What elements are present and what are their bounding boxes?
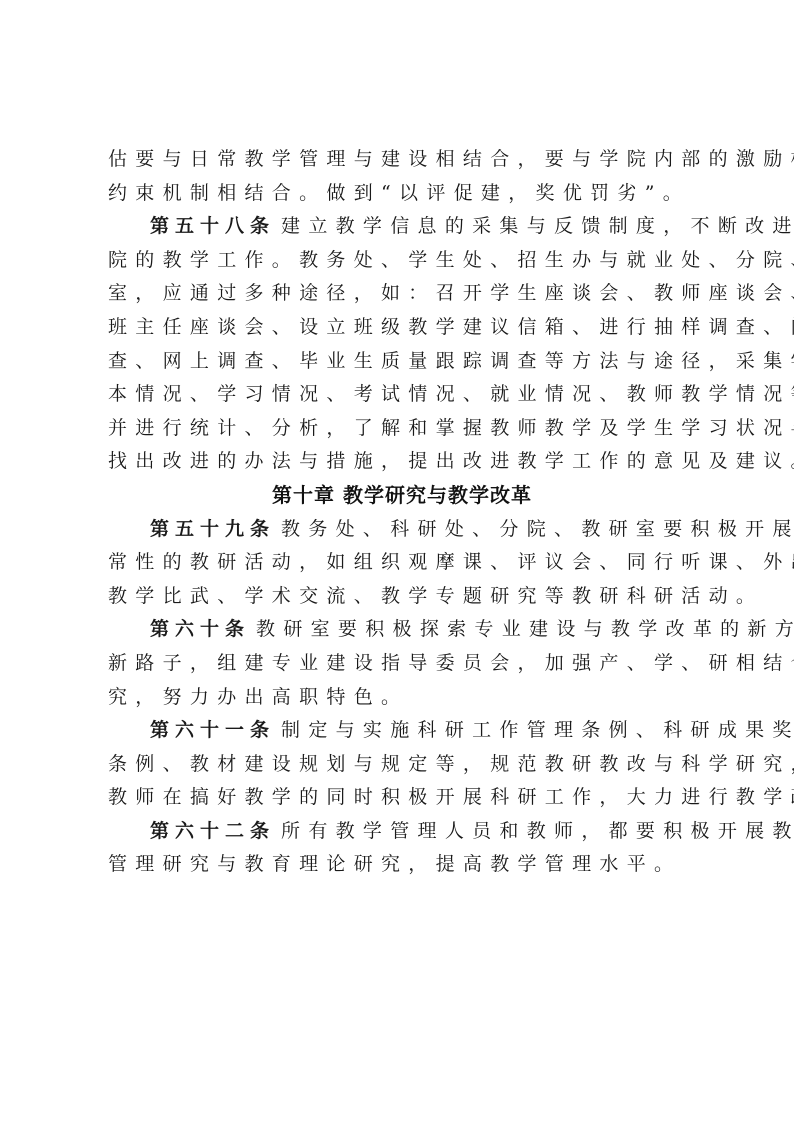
text-line: 本情况、学习情况、考试情况、就业情况、教师教学情况等信息，	[108, 378, 696, 412]
article-text: 建立教学信息的采集与反馈制度，不断改进学	[281, 215, 794, 237]
article-number: 第五十八条	[150, 215, 275, 237]
article-first-line: 第六十二条所有教学管理人员和教师，都要积极开展教学	[108, 815, 696, 849]
text-line: 管理研究与教育理论研究，提高教学管理水平。	[108, 848, 696, 882]
article-text: 教务处、科研处、分院、教研室要积极开展经	[281, 518, 794, 540]
article-62: 第六十二条所有教学管理人员和教师，都要积极开展教学 管理研究与教育理论研究，提高…	[108, 815, 696, 882]
article-first-line: 第五十九条教务处、科研处、分院、教研室要积极开展经	[108, 513, 696, 547]
article-text: 制定与实施科研工作管理条例、科研成果奖励	[281, 719, 794, 741]
text-line: 班主任座谈会、设立班级教学建议信箱、进行抽样调查、问卷调	[108, 311, 696, 345]
text-line: 教学比武、学术交流、教学专题研究等教研科研活动。	[108, 580, 696, 614]
text-line: 究，努力办出高职特色。	[108, 681, 696, 715]
article-first-line: 第六十一条制定与实施科研工作管理条例、科研成果奖励	[108, 714, 696, 748]
text-line: 教师在搞好教学的同时积极开展科研工作，大力进行教学改革。	[108, 781, 696, 815]
document-page: 估要与日常教学管理与建设相结合，要与学院内部的激励机制与 约束机制相结合。做到“…	[108, 143, 696, 882]
article-60: 第六十条教研室要积极探索专业建设与教学改革的新方法、 新路子，组建专业建设指导委…	[108, 613, 696, 714]
chapter-title: 教学研究与教学改革	[343, 483, 532, 507]
text-line: 并进行统计、分析，了解和掌握教师教学及学生学习状况与问题，	[108, 412, 696, 446]
article-58: 第五十八条建立教学信息的采集与反馈制度，不断改进学 院的教学工作。教务处、学生处…	[108, 210, 696, 479]
text-line: 院的教学工作。教务处、学生处、招生办与就业处、分院、教研	[108, 244, 696, 278]
text-line: 新路子，组建专业建设指导委员会，加强产、学、研相结合的研	[108, 647, 696, 681]
chapter-heading: 第十章教学研究与教学改革	[108, 479, 696, 513]
article-text: 所有教学管理人员和教师，都要积极开展教学	[281, 820, 794, 842]
article-number: 第六十条	[150, 618, 250, 640]
article-number: 第六十一条	[150, 719, 275, 741]
text-line: 室，应通过多种途径，如：召开学生座谈会、教师座谈会、班级	[108, 277, 696, 311]
article-first-line: 第六十条教研室要积极探索专业建设与教学改革的新方法、	[108, 613, 696, 647]
article-59: 第五十九条教务处、科研处、分院、教研室要积极开展经 常性的教研活动，如组织观摩课…	[108, 513, 696, 614]
article-first-line: 第五十八条建立教学信息的采集与反馈制度，不断改进学	[108, 210, 696, 244]
article-61: 第六十一条制定与实施科研工作管理条例、科研成果奖励 条例、教材建设规划与规定等，…	[108, 714, 696, 815]
paragraph-continuation: 估要与日常教学管理与建设相结合，要与学院内部的激励机制与 约束机制相结合。做到“…	[108, 143, 696, 210]
article-number: 第五十九条	[150, 518, 275, 540]
text-line: 条例、教材建设规划与规定等，规范教研教改与科学研究，鼓励	[108, 748, 696, 782]
text-line: 常性的教研活动，如组织观摩课、评议会、同行听课、外出参观、	[108, 546, 696, 580]
text-line: 找出改进的办法与措施，提出改进教学工作的意见及建议。	[108, 445, 696, 479]
article-text: 教研室要积极探索专业建设与教学改革的新方法、	[256, 618, 794, 640]
article-number: 第六十二条	[150, 820, 275, 842]
chapter-label: 第十章	[272, 483, 335, 507]
text-line: 查、网上调查、毕业生质量跟踪调查等方法与途径，采集学生基	[108, 345, 696, 379]
text-line: 估要与日常教学管理与建设相结合，要与学院内部的激励机制与	[108, 143, 696, 177]
text-line: 约束机制相结合。做到“以评促建，奖优罚劣”。	[108, 177, 696, 211]
